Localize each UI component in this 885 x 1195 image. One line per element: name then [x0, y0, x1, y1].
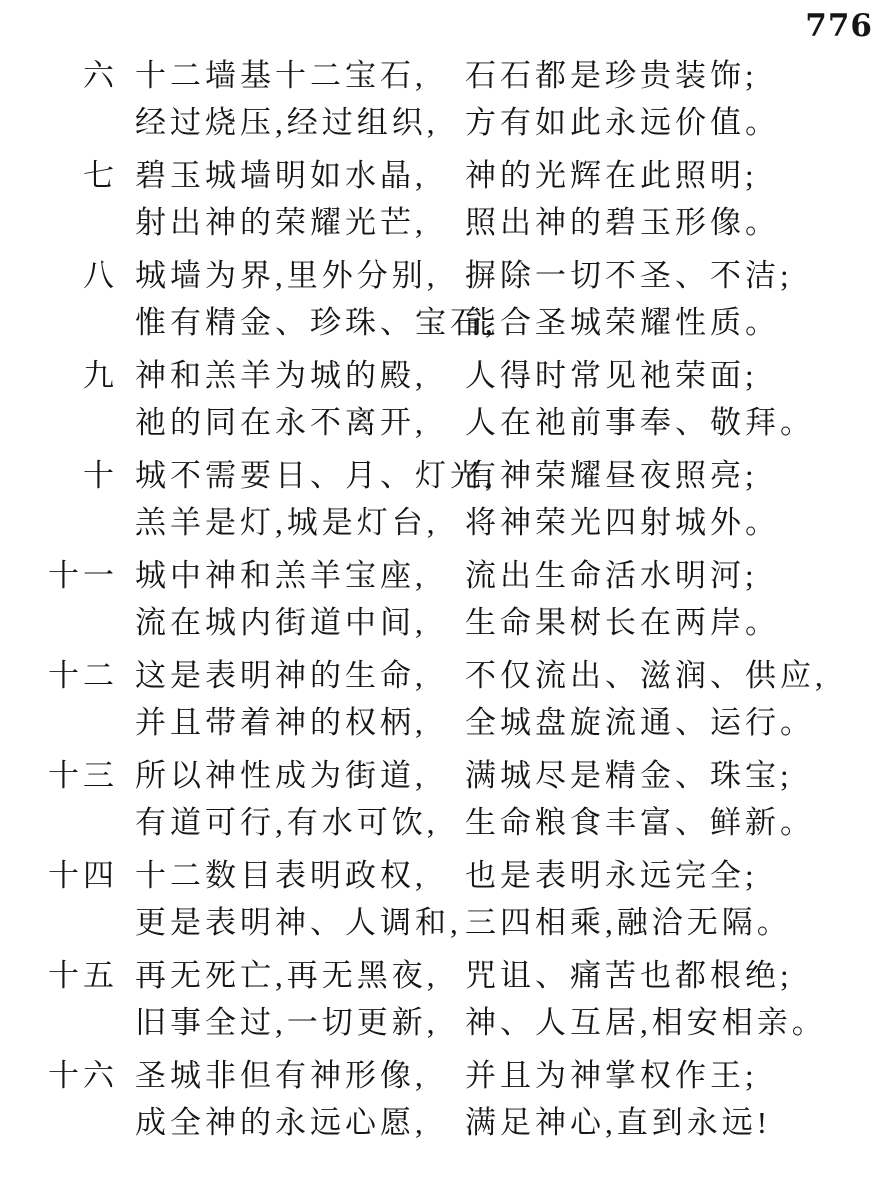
verse-line: 经过烧压,经过组织,方有如此永远价值。: [0, 99, 885, 146]
stanza-number: 八: [0, 252, 118, 299]
verse-right: 咒诅、痛苦也都根绝;: [465, 952, 885, 999]
stanza-number: 十六: [0, 1052, 118, 1099]
stanza-list: 六十二墙基十二宝石,石石都是珍贵装饰;经过烧压,经过组织,方有如此永远价值。七碧…: [0, 52, 885, 1152]
verse-left: 再无死亡,再无黑夜,: [135, 952, 465, 999]
verse-right: 有神荣耀昼夜照亮;: [465, 452, 885, 499]
verse-left: 城不需要日、月、灯光,: [135, 452, 465, 499]
verse-left: 十二墙基十二宝石,: [135, 52, 465, 99]
verse-right: 不仅流出、滋润、供应,: [465, 652, 885, 699]
verse-right: 三四相乘,融洽无隔。: [465, 899, 885, 946]
verse-line: 更是表明神、人调和,三四相乘,融洽无隔。: [0, 899, 885, 946]
verse-right: 并且为神掌权作王;: [465, 1052, 885, 1099]
verse-left: 碧玉城墙明如水晶,: [135, 152, 465, 199]
verse-right: 人在祂前事奉、敬拜。: [465, 399, 885, 446]
verse-right: 生命粮食丰富、鲜新。: [465, 799, 885, 846]
stanza-number: 十: [0, 452, 118, 499]
verse-line: 七碧玉城墙明如水晶,神的光辉在此照明;: [0, 152, 885, 199]
verse-line: 射出神的荣耀光芒,照出神的碧玉形像。: [0, 199, 885, 246]
verse-right: 全城盘旋流通、运行。: [465, 699, 885, 746]
verse-left: 城墙为界,里外分别,: [135, 252, 465, 299]
verse-left: 惟有精金、珍珠、宝石,: [135, 299, 465, 346]
verse-right: 生命果树长在两岸。: [465, 599, 885, 646]
verse-right: 满城尽是精金、珠宝;: [465, 752, 885, 799]
verse-right: 流出生命活水明河;: [465, 552, 885, 599]
verse-left: 所以神性成为街道,: [135, 752, 465, 799]
verse-left: 城中神和羔羊宝座,: [135, 552, 465, 599]
verse-right: 能合圣城荣耀性质。: [465, 299, 885, 346]
stanza-number: 十四: [0, 852, 118, 899]
stanza-number: 十二: [0, 652, 118, 699]
verse-left: 十二数目表明政权,: [135, 852, 465, 899]
verse-left: 祂的同在永不离开,: [135, 399, 465, 446]
verse-right: 满足神心,直到永远!: [465, 1099, 885, 1146]
stanza-number: 七: [0, 152, 118, 199]
verse-left: 成全神的永远心愿,: [135, 1099, 465, 1146]
verse-left: 经过烧压,经过组织,: [135, 99, 465, 146]
verse-right: 人得时常见祂荣面;: [465, 352, 885, 399]
verse-right: 将神荣光四射城外。: [465, 499, 885, 546]
verse-right: 石石都是珍贵装饰;: [465, 52, 885, 99]
verse-line: 九神和羔羊为城的殿,人得时常见祂荣面;: [0, 352, 885, 399]
verse-left: 圣城非但有神形像,: [135, 1052, 465, 1099]
verse-line: 成全神的永远心愿,满足神心,直到永远!: [0, 1099, 885, 1146]
verse-line: 羔羊是灯,城是灯台,将神荣光四射城外。: [0, 499, 885, 546]
verse-left: 流在城内街道中间,: [135, 599, 465, 646]
verse-line: 十五再无死亡,再无黑夜,咒诅、痛苦也都根绝;: [0, 952, 885, 999]
verse-line: 十四十二数目表明政权,也是表明永远完全;: [0, 852, 885, 899]
verse-line: 十六圣城非但有神形像,并且为神掌权作王;: [0, 1052, 885, 1099]
verse-right: 神的光辉在此照明;: [465, 152, 885, 199]
verse-right: 方有如此永远价值。: [465, 99, 885, 146]
verse-line: 流在城内街道中间,生命果树长在两岸。: [0, 599, 885, 646]
verse-left: 旧事全过,一切更新,: [135, 999, 465, 1046]
verse-left: 更是表明神、人调和,: [135, 899, 465, 946]
verse-line: 六十二墙基十二宝石,石石都是珍贵装饰;: [0, 52, 885, 99]
verse-line: 旧事全过,一切更新,神、人互居,相安相亲。: [0, 999, 885, 1046]
verse-left: 神和羔羊为城的殿,: [135, 352, 465, 399]
verse-line: 十一城中神和羔羊宝座,流出生命活水明河;: [0, 552, 885, 599]
verse-line: 十城不需要日、月、灯光,有神荣耀昼夜照亮;: [0, 452, 885, 499]
verse-line: 并且带着神的权柄,全城盘旋流通、运行。: [0, 699, 885, 746]
verse-left: 这是表明神的生命,: [135, 652, 465, 699]
verse-line: 有道可行,有水可饮,生命粮食丰富、鲜新。: [0, 799, 885, 846]
stanza-number: 十三: [0, 752, 118, 799]
verse-right: 也是表明永远完全;: [465, 852, 885, 899]
stanza-number: 十一: [0, 552, 118, 599]
verse-right: 摒除一切不圣、不洁;: [465, 252, 885, 299]
verse-line: 十三所以神性成为街道,满城尽是精金、珠宝;: [0, 752, 885, 799]
verse-left: 有道可行,有水可饮,: [135, 799, 465, 846]
hymn-page: 776 六十二墙基十二宝石,石石都是珍贵装饰;经过烧压,经过组织,方有如此永远价…: [0, 0, 885, 1195]
verse-line: 惟有精金、珍珠、宝石,能合圣城荣耀性质。: [0, 299, 885, 346]
verse-line: 十二这是表明神的生命,不仅流出、滋润、供应,: [0, 652, 885, 699]
page-number: 776: [805, 8, 873, 44]
verse-line: 祂的同在永不离开,人在祂前事奉、敬拜。: [0, 399, 885, 446]
verse-left: 射出神的荣耀光芒,: [135, 199, 465, 246]
verse-left: 羔羊是灯,城是灯台,: [135, 499, 465, 546]
verse-line: 八城墙为界,里外分别,摒除一切不圣、不洁;: [0, 252, 885, 299]
stanza-number: 九: [0, 352, 118, 399]
verse-left: 并且带着神的权柄,: [135, 699, 465, 746]
stanza-number: 十五: [0, 952, 118, 999]
stanza-number: 六: [0, 52, 118, 99]
verse-right: 神、人互居,相安相亲。: [465, 999, 885, 1046]
verse-right: 照出神的碧玉形像。: [465, 199, 885, 246]
